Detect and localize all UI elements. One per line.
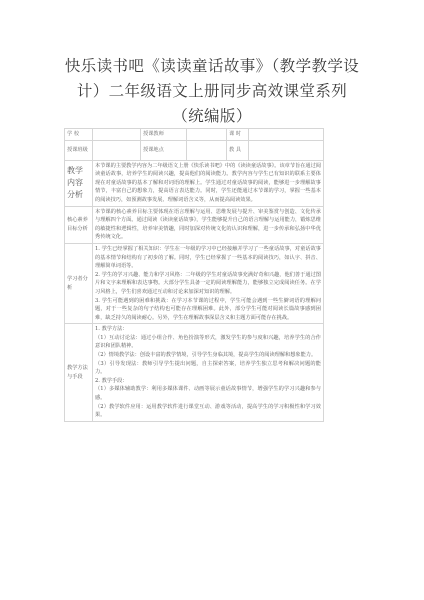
section-body: 1. 教学方法： （1）互动讨论法：通过小组合作、角色扮演等形式，激发学生的参与… (93, 324, 324, 422)
section-body: 本节课的主要教学内容为二年级语文上册《快乐读书吧》中的《读读童话故事》。该章节旨… (93, 160, 324, 206)
paragraph: 2. 学生的学习兴趣、能力和学习风格：二年级的学生对童话故事充满好奇和兴趣，他们… (95, 271, 321, 297)
section-teaching-methods: 教学方法与手段 1. 教学方法： （1）互动讨论法：通过小组合作、角色扮演等形式… (65, 324, 324, 422)
paragraph: （2）情境教学法：创设丰富的教学情境，引导学生身临其境，提高学生的阅读理解和想象… (95, 351, 321, 360)
label-teacher: 授课教师 (141, 129, 187, 141)
info-row-class: 授课班级 授课地点 教 具 (65, 140, 324, 160)
section-label: 教学内容分析 (65, 160, 93, 206)
value-school (93, 129, 141, 141)
label-period: 课 时 (227, 129, 249, 141)
paragraph: （3）引导发现法：教师引导学生提出问题，自主探索答案，培养学生独立思考和解决问题… (95, 360, 321, 377)
section-label: 核心素养目标分析 (65, 206, 93, 243)
value-period (249, 129, 324, 141)
paragraph: （2）教学软件应用：运用教学软件进行课堂互动、游戏等活动，提高学生的学习积极性和… (95, 403, 321, 420)
section-core-literacy: 核心素养目标分析 本节课的核心素养目标主要体现在语言理解与运用、思维发展与提升、… (65, 206, 324, 243)
lesson-plan-table: 学 校 授课教师 课 时 授课班级 授课地点 教 具 教学内容分析 本节课的主要… (64, 128, 324, 422)
section-body: 本节课的核心素养目标主要体现在语言理解与运用、思维发展与提升、审美鉴赏与创造、文… (93, 206, 324, 243)
label-school: 学 校 (65, 129, 93, 141)
section-content-analysis: 教学内容分析 本节课的主要教学内容为二年级语文上册《快乐读书吧》中的《读读童话故… (65, 160, 324, 206)
section-label: 教学方法与手段 (65, 324, 93, 422)
value-class (93, 140, 141, 160)
section-body: 1. 学生已经掌握了相关知识：学生在一年级的学习中已经接触并学习了一些童话故事，… (93, 243, 324, 323)
page-title: 快乐读书吧《读读童话故事》（教学教学设计）二年级语文上册同步高效课堂系列（统编版… (62, 54, 362, 129)
label-class: 授课班级 (65, 140, 93, 160)
paragraph: 3. 学生可能遇到的困难和挑战：在学习本节课的过程中，学生可能会遇到一些生僻词语… (95, 297, 321, 323)
paragraph: 1. 教学方法： (95, 325, 321, 334)
label-tools: 教 具 (227, 140, 249, 160)
section-label: 学习者分析 (65, 243, 93, 323)
value-tools (249, 140, 324, 160)
value-teacher (187, 129, 227, 141)
paragraph: （1）多媒体辅助教学：利用多媒体课件、动画等展示童话故事情节，增强学生的学习兴趣… (95, 385, 321, 402)
section-learner-analysis: 学习者分析 1. 学生已经掌握了相关知识：学生在一年级的学习中已经接触并学习了一… (65, 243, 324, 323)
value-location (187, 140, 227, 160)
paragraph: 2. 教学手段： (95, 377, 321, 386)
paragraph: （1）互动讨论法：通过小组合作、角色扮演等形式，激发学生的参与度和兴趣，培养学生… (95, 334, 321, 351)
label-location: 授课地点 (141, 140, 187, 160)
paragraph: 本节课的主要教学内容为二年级语文上册《快乐读书吧》中的《读读童话故事》。该章节旨… (95, 162, 321, 205)
paragraph: 1. 学生已经掌握了相关知识：学生在一年级的学习中已经接触并学习了一些童话故事，… (95, 245, 321, 271)
paragraph: 本节课的核心素养目标主要体现在语言理解与运用、思维发展与提升、审美鉴赏与创造、文… (95, 208, 321, 242)
info-row-school: 学 校 授课教师 课 时 (65, 129, 324, 141)
